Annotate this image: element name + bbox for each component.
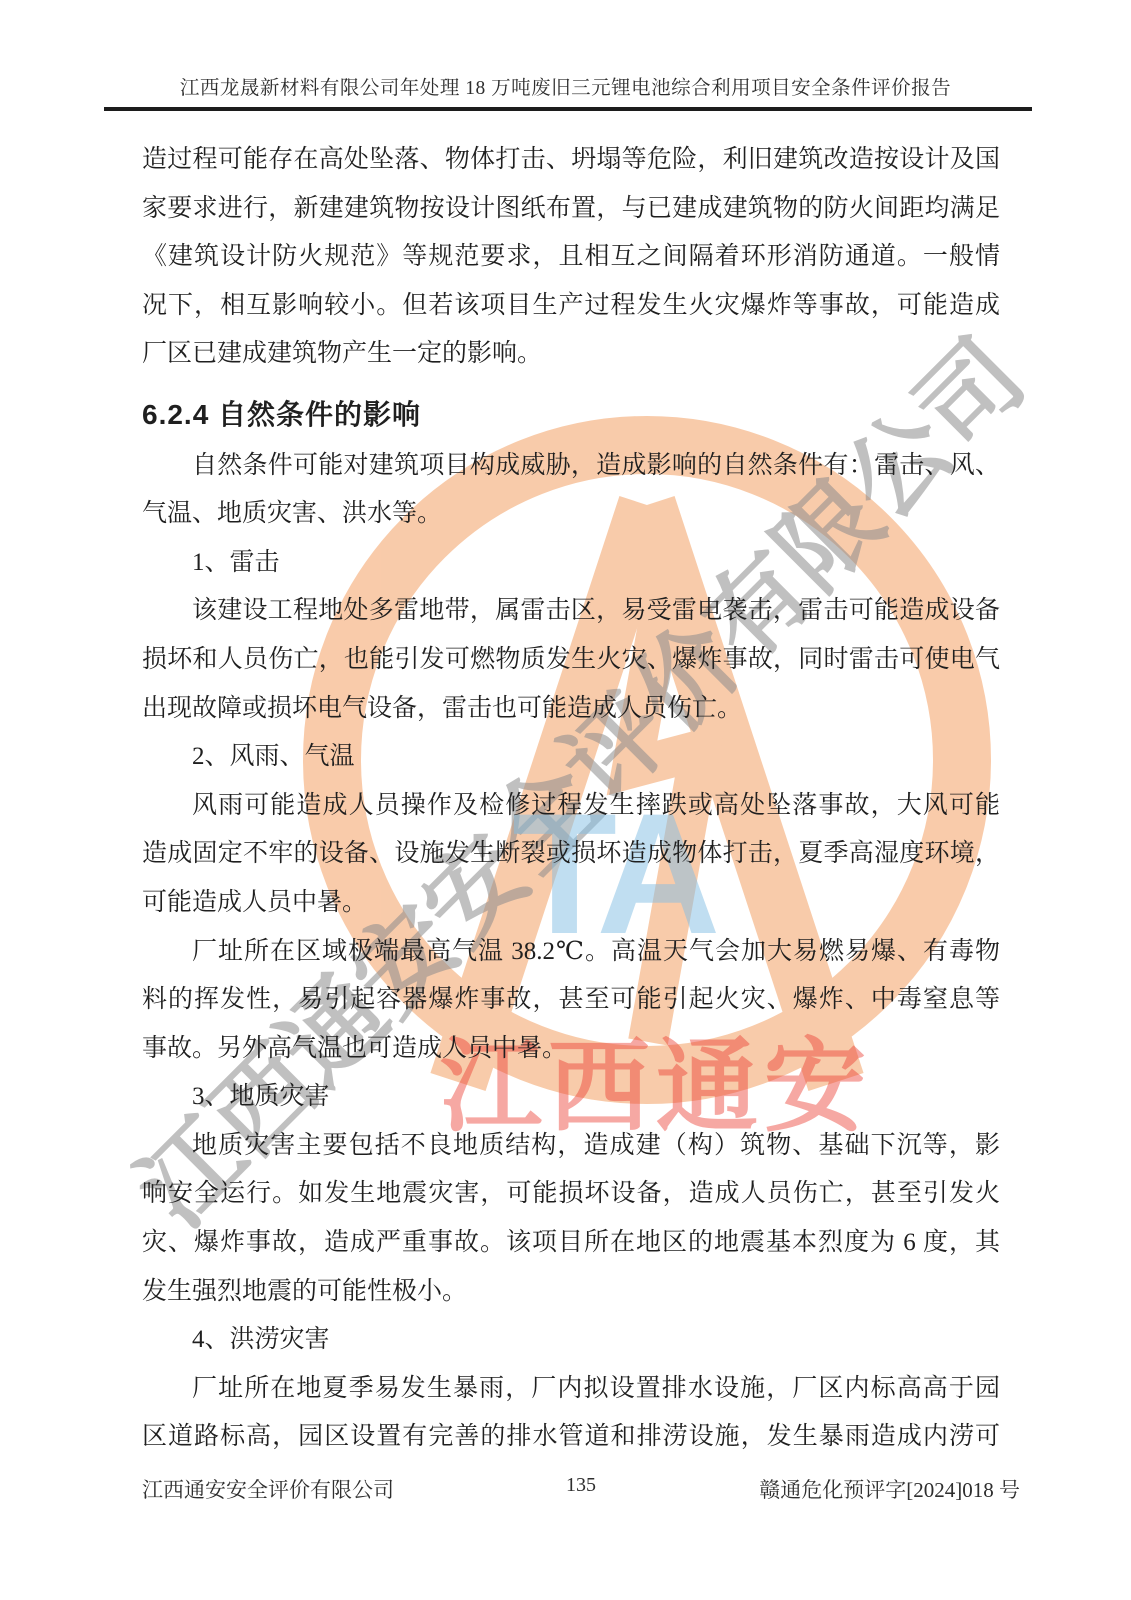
body-line: 出现故障或损坏电气设备，雷击也可能造成人员伤亡。 — [142, 685, 1000, 734]
body-text: 造过程可能存在高处坠落、物体打击、坍塌等危险，利旧建筑改造按设计及国 家要求进行… — [142, 136, 1000, 1462]
body-line: 厂址所在地夏季易发生暴雨，厂内拟设置排水设施，厂区内标高高于园 — [142, 1365, 1000, 1414]
body-line: 该建设工程地处多雷地带，属雷击区，易受雷电袭击，雷击可能造成设备 — [142, 587, 1000, 636]
header-rule — [104, 107, 1032, 111]
body-line: 自然条件可能对建筑项目构成威胁，造成影响的自然条件有：雷击、风、 — [142, 442, 1000, 491]
body-line: 料的挥发性，易引起容器爆炸事故，甚至可能引起火灾、爆炸、中毒窒息等 — [142, 976, 1000, 1025]
body-line: 响安全运行。如发生地震灾害，可能损坏设备，造成人员伤亡，甚至引发火 — [142, 1170, 1000, 1219]
body-line: 发生强烈地震的可能性极小。 — [142, 1268, 1000, 1317]
body-line: 家要求进行，新建建筑物按设计图纸布置，与已建成建筑物的防火间距均满足 — [142, 185, 1000, 234]
body-line: 风雨可能造成人员操作及检修过程发生摔跌或高处坠落事故，大风可能 — [142, 782, 1000, 831]
body-line: 况下，相互影响较小。但若该项目生产过程发生火灾爆炸等事故，可能造成 — [142, 282, 1000, 331]
body-line: 可能造成人员中暑。 — [142, 879, 1000, 928]
body-line: 造过程可能存在高处坠落、物体打击、坍塌等危险，利旧建筑改造按设计及国 — [142, 136, 1000, 185]
body-line: 区道路标高，园区设置有完善的排水管道和排涝设施，发生暴雨造成内涝可 — [142, 1413, 1000, 1462]
footer-doc-number: 赣通危化预评字[2024]018 号 — [759, 1474, 1020, 1504]
page-footer: 江西通安安全评价有限公司 135 赣通危化预评字[2024]018 号 — [142, 1474, 1020, 1506]
page-header-title: 江西龙晟新材料有限公司年处理 18 万吨废旧三元锂电池综合利用项目安全条件评价报… — [0, 72, 1131, 100]
section-heading: 6.2.4 自然条件的影响 — [142, 391, 1000, 440]
body-line: 损坏和人员伤亡，也能引发可燃物质发生火灾、爆炸事故，同时雷击可使电气 — [142, 636, 1000, 685]
body-line: 气温、地质灾害、洪水等。 — [142, 490, 1000, 539]
body-line: 厂区已建成建筑物产生一定的影响。 — [142, 330, 1000, 379]
body-line: 1、雷击 — [142, 539, 1000, 588]
body-line: 地质灾害主要包括不良地质结构，造成建（构）筑物、基础下沉等，影 — [142, 1122, 1000, 1171]
body-line: 4、洪涝灾害 — [142, 1316, 1000, 1365]
body-line: 2、风雨、气温 — [142, 733, 1000, 782]
body-line: 事故。另外高气温也可造成人员中暑。 — [142, 1025, 1000, 1074]
body-line: 《建筑设计防火规范》等规范要求，且相互之间隔着环形消防通道。一般情 — [142, 233, 1000, 282]
body-line: 厂址所在区域极端最高气温 38.2℃。高温天气会加大易燃易爆、有毒物 — [142, 928, 1000, 977]
body-line: 造成固定不牢的设备、设施发生断裂或损坏造成物体打击，夏季高湿度环境， — [142, 830, 1000, 879]
body-line: 3、地质灾害 — [142, 1073, 1000, 1122]
body-line: 灾、爆炸事故，造成严重事故。该项目所在地区的地震基本烈度为 6 度，其 — [142, 1219, 1000, 1268]
document-page: 江西通安安全评价有限公司 TA 江西通安 江西龙晟新材料有限公司年处理 18 万… — [0, 0, 1131, 1600]
